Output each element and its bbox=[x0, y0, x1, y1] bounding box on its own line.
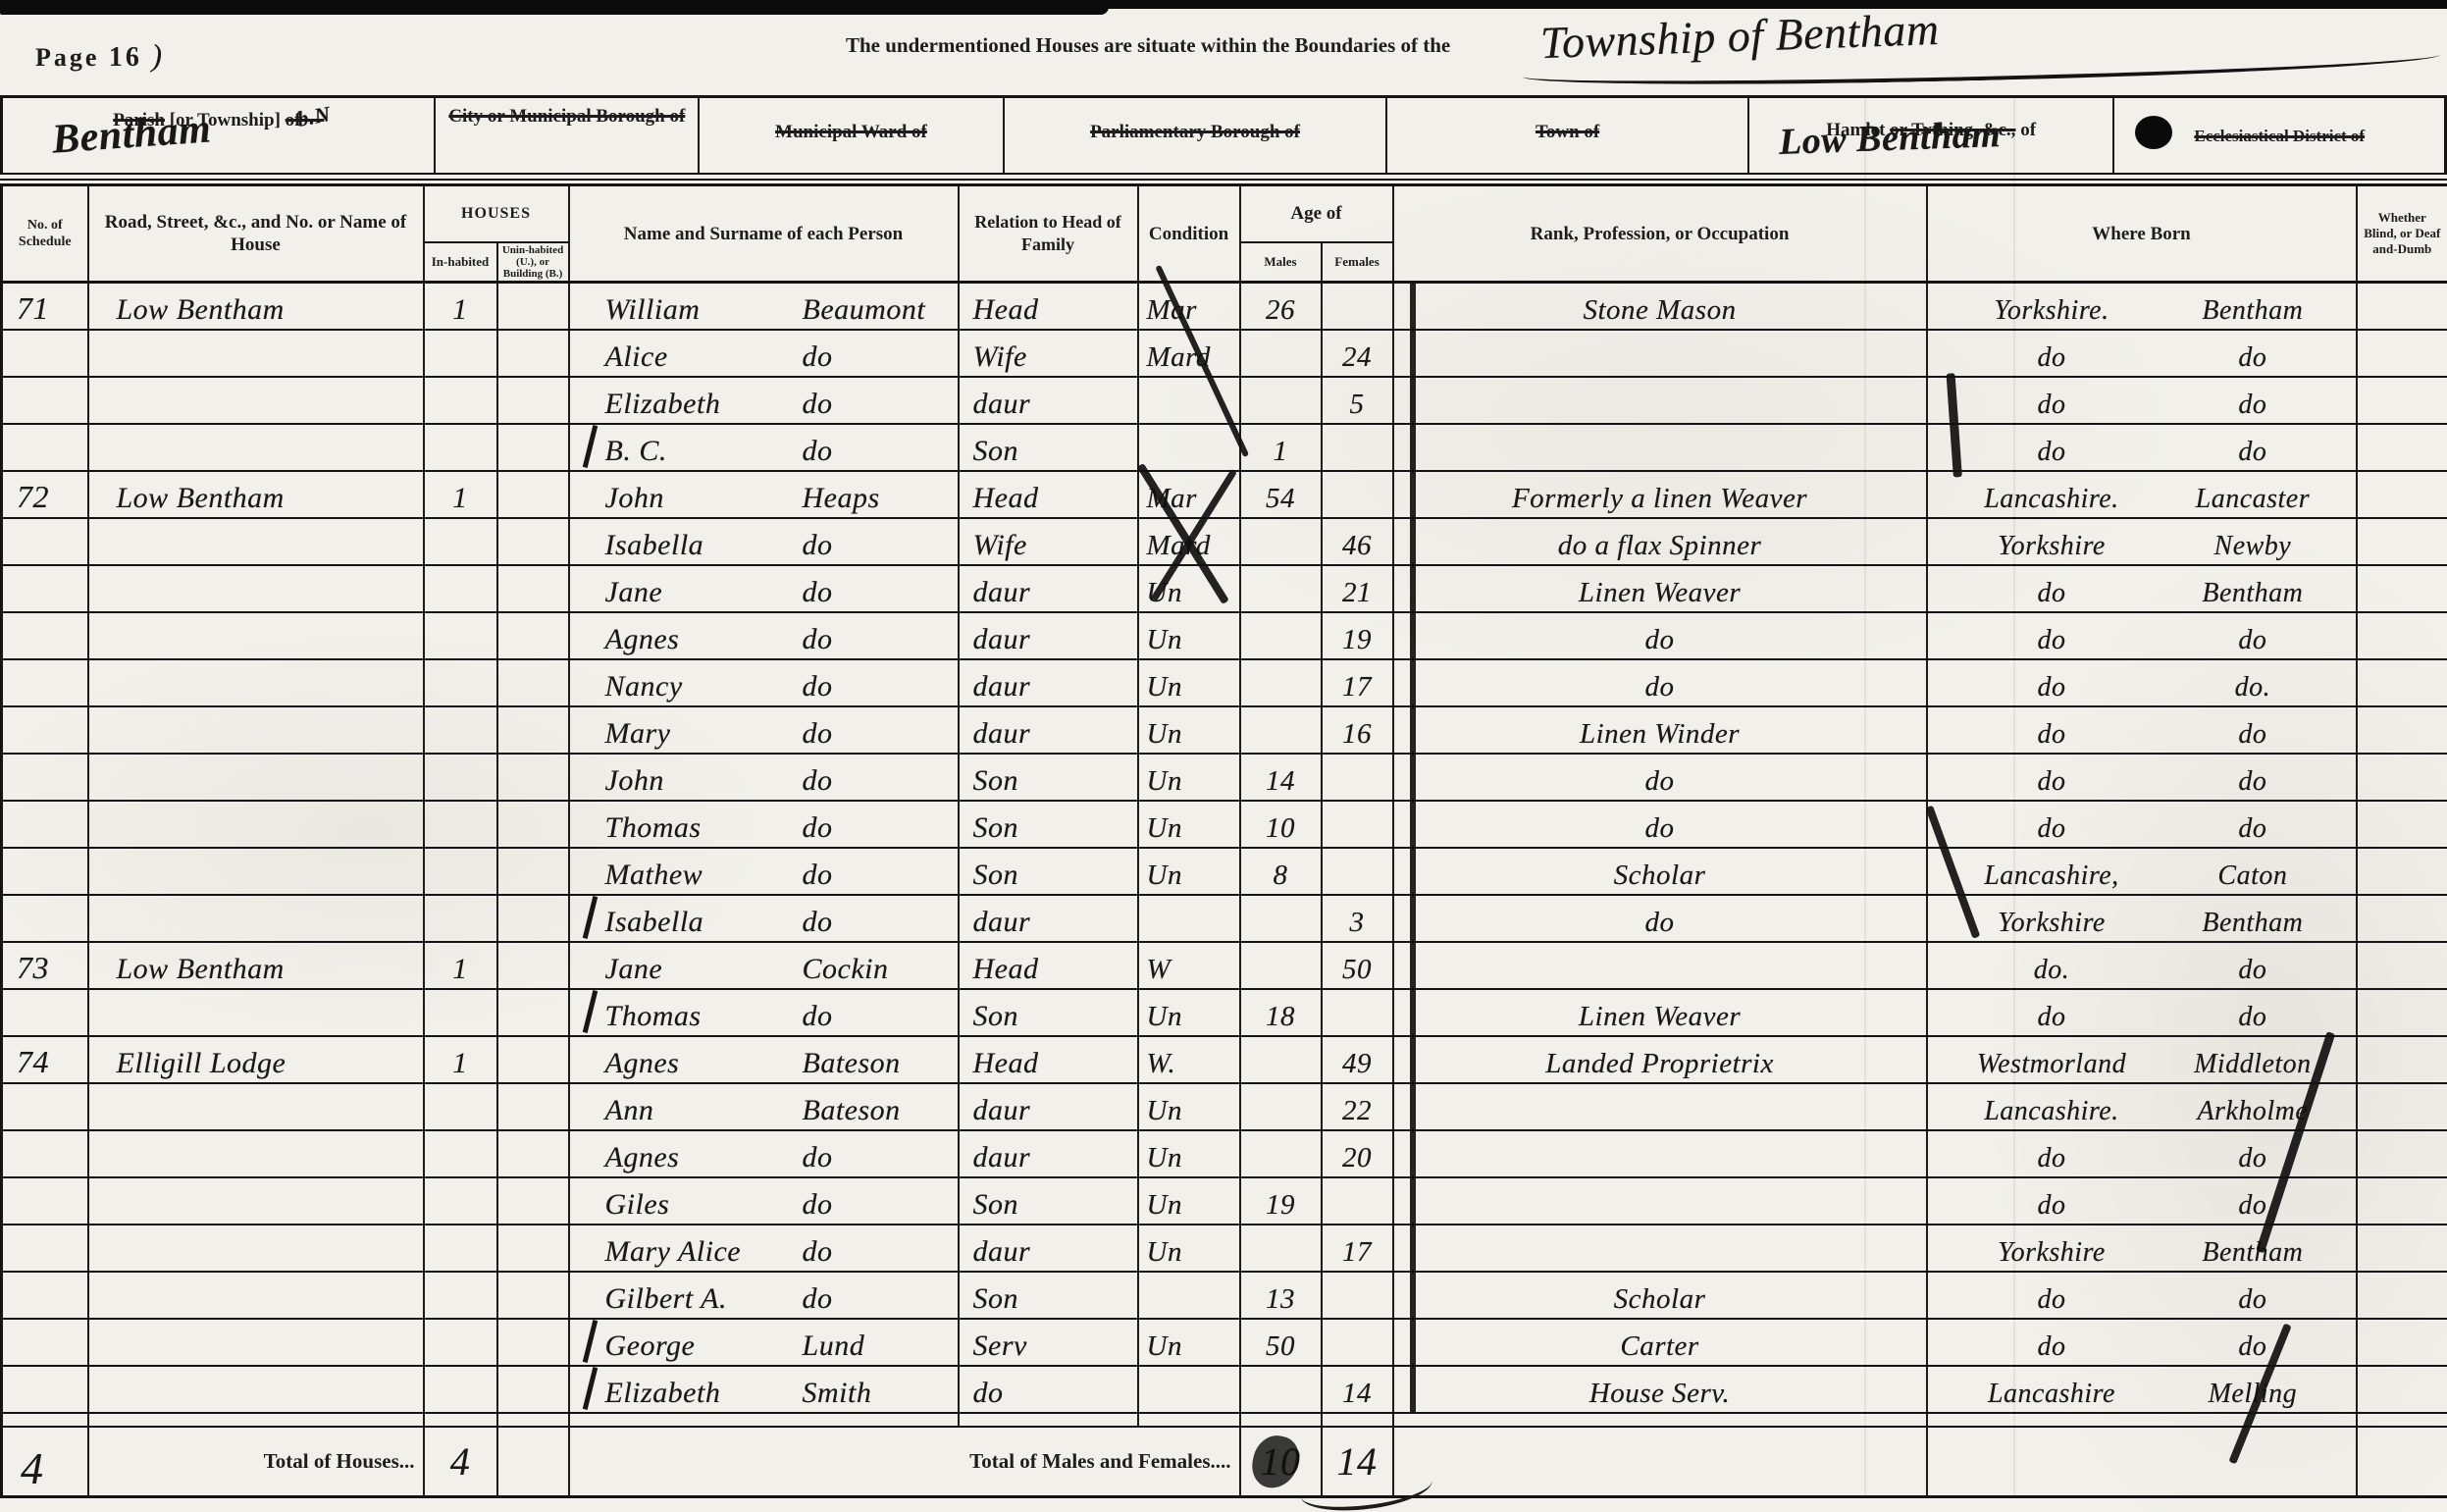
born-place: Bentham bbox=[2159, 908, 2347, 939]
cell-occupation: Carter bbox=[1393, 1319, 1927, 1366]
born-county: do bbox=[1953, 719, 2151, 751]
cell-age-male bbox=[1240, 377, 1322, 424]
empty-cell bbox=[497, 1427, 569, 1497]
page-number: Page 16 ) bbox=[35, 37, 163, 74]
cell-road bbox=[88, 1272, 424, 1319]
cell-age-female: 17 bbox=[1322, 1225, 1393, 1272]
cell-occupation: Linen Winder bbox=[1393, 706, 1927, 754]
cell-age-male bbox=[1240, 706, 1322, 754]
cell-road bbox=[88, 801, 424, 848]
cell-age-female: 24 bbox=[1322, 330, 1393, 377]
cell-road bbox=[88, 1130, 424, 1177]
cell-name: Elizabeth do bbox=[569, 377, 959, 424]
cell-inhabited bbox=[424, 706, 497, 754]
cell-age-female: 3 bbox=[1322, 895, 1393, 942]
name-surname-or-ditto: do bbox=[803, 435, 833, 468]
handwritten-margin-note: b.N bbox=[295, 103, 332, 130]
cell-inhabited bbox=[424, 424, 497, 471]
cell-age-male: 8 bbox=[1240, 848, 1322, 895]
district-cell-parliamentary: Parliamentary Borough of bbox=[1005, 98, 1388, 173]
total-houses-label: Total of Houses... bbox=[88, 1427, 424, 1497]
name-surname-or-ditto: do bbox=[803, 717, 833, 751]
cell-condition: Un bbox=[1138, 1083, 1240, 1130]
cell-relation: Son bbox=[959, 989, 1138, 1036]
name-given: Jane bbox=[605, 576, 663, 609]
born-county: do bbox=[1953, 437, 2151, 468]
cell-road bbox=[88, 565, 424, 612]
table-row: Thomas do Son Un 10 do do do bbox=[2, 801, 2447, 848]
cell-schedule: 72 bbox=[2, 471, 88, 518]
cell-age-male bbox=[1240, 1036, 1322, 1083]
cell-condition bbox=[1138, 1366, 1240, 1413]
born-place: Newby bbox=[2159, 531, 2347, 562]
name-surname-or-ditto: Lund bbox=[803, 1330, 865, 1363]
cell-inhabited bbox=[424, 801, 497, 848]
name-surname-or-ditto: do bbox=[803, 623, 833, 656]
born-place: do bbox=[2159, 1002, 2347, 1033]
cell-age-female bbox=[1322, 424, 1393, 471]
cell-where-born: do do bbox=[1927, 330, 2357, 377]
cell-blind-deaf bbox=[2357, 330, 2447, 377]
born-county: Lancashire. bbox=[1953, 1096, 2151, 1127]
spacer-cell bbox=[2357, 1413, 2447, 1427]
cell-age-male: 1 bbox=[1240, 424, 1322, 471]
name-surname-or-ditto: Heaps bbox=[803, 482, 880, 515]
printed-label-struck: City or Municipal Borough of bbox=[448, 106, 685, 127]
spacer-cell bbox=[1138, 1413, 1240, 1427]
born-place: Lancaster bbox=[2159, 484, 2347, 515]
printed-label-struck: Town of bbox=[1536, 122, 1599, 142]
cell-schedule bbox=[2, 612, 88, 659]
name-surname-or-ditto: Bateson bbox=[803, 1047, 901, 1080]
cell-relation: Head bbox=[959, 471, 1138, 518]
handwritten-parish-value: Bentham bbox=[51, 118, 211, 150]
cell-name: Mathew do bbox=[569, 848, 959, 895]
column-header-uninhabited: Unin-habited (U.), or Building (B.) bbox=[497, 242, 569, 283]
column-header-row: No. of Schedule Road, Street, &c., and N… bbox=[2, 185, 2447, 283]
name-surname-or-ditto: do bbox=[803, 576, 833, 609]
cell-name: Mary do bbox=[569, 706, 959, 754]
cell-uninhabited bbox=[497, 1319, 569, 1366]
cell-uninhabited bbox=[497, 471, 569, 518]
cell-relation: Son bbox=[959, 424, 1138, 471]
totals-section: 4 Total of Houses... 4 Total of Males an… bbox=[2, 1413, 2447, 1497]
cell-where-born: Lancashire. Arkholme bbox=[1927, 1083, 2357, 1130]
cell-where-born: do do bbox=[1927, 1177, 2357, 1225]
spacer-cell bbox=[424, 1413, 497, 1427]
born-county: do bbox=[1953, 1284, 2151, 1316]
cell-occupation bbox=[1393, 1130, 1927, 1177]
cell-road: Low Bentham bbox=[88, 471, 424, 518]
born-county: do bbox=[1953, 766, 2151, 798]
name-surname-or-ditto: do bbox=[803, 1282, 833, 1316]
cell-occupation: do bbox=[1393, 612, 1927, 659]
cell-schedule: 74 bbox=[2, 1036, 88, 1083]
cell-relation: daur bbox=[959, 612, 1138, 659]
cell-age-male bbox=[1240, 895, 1322, 942]
cell-inhabited bbox=[424, 1366, 497, 1413]
table-row: 74 Elligill Lodge 1 Agnes Bateson Head W… bbox=[2, 1036, 2447, 1083]
cell-schedule bbox=[2, 1319, 88, 1366]
cell-age-male: 13 bbox=[1240, 1272, 1322, 1319]
cell-blind-deaf bbox=[2357, 706, 2447, 754]
cell-where-born: do do bbox=[1927, 989, 2357, 1036]
name-given: Elizabeth bbox=[605, 1377, 721, 1410]
cell-blind-deaf bbox=[2357, 1177, 2447, 1225]
cell-occupation: Formerly a linen Weaver bbox=[1393, 471, 1927, 518]
cell-where-born: do do bbox=[1927, 754, 2357, 801]
cell-relation: daur bbox=[959, 1225, 1138, 1272]
cell-relation: Son bbox=[959, 848, 1138, 895]
cell-blind-deaf bbox=[2357, 942, 2447, 989]
born-county: Lancashire. bbox=[1953, 484, 2151, 515]
cell-blind-deaf bbox=[2357, 471, 2447, 518]
cell-occupation bbox=[1393, 1177, 1927, 1225]
cell-road: Low Bentham bbox=[88, 942, 424, 989]
cell-age-female: 22 bbox=[1322, 1083, 1393, 1130]
name-surname-or-ditto: do bbox=[803, 906, 833, 939]
cell-blind-deaf bbox=[2357, 565, 2447, 612]
table-row: Mary do daur Un 16 Linen Winder do do bbox=[2, 706, 2447, 754]
cell-blind-deaf bbox=[2357, 283, 2447, 330]
cell-name: Thomas do bbox=[569, 989, 959, 1036]
cell-relation: Head bbox=[959, 942, 1138, 989]
cell-relation: Head bbox=[959, 283, 1138, 330]
column-header-females: Females bbox=[1322, 242, 1393, 283]
cell-occupation: do bbox=[1393, 754, 1927, 801]
cell-where-born: Lancashire, Caton bbox=[1927, 848, 2357, 895]
cell-relation: daur bbox=[959, 1130, 1138, 1177]
cell-schedule bbox=[2, 1083, 88, 1130]
cell-occupation: Landed Proprietrix bbox=[1393, 1036, 1927, 1083]
empty-cell bbox=[2357, 1427, 2447, 1497]
born-place: do bbox=[2159, 437, 2347, 468]
name-given: Agnes bbox=[605, 1047, 680, 1080]
cell-blind-deaf bbox=[2357, 1366, 2447, 1413]
cell-inhabited bbox=[424, 659, 497, 706]
cell-age-female bbox=[1322, 754, 1393, 801]
cell-occupation: do bbox=[1393, 659, 1927, 706]
cell-road bbox=[88, 989, 424, 1036]
cell-occupation: Linen Weaver bbox=[1393, 989, 1927, 1036]
cell-condition: Un bbox=[1138, 848, 1240, 895]
column-header-houses: HOUSES bbox=[424, 185, 569, 242]
cell-road bbox=[88, 377, 424, 424]
cell-relation: Wife bbox=[959, 518, 1138, 565]
name-surname-or-ditto: do bbox=[803, 811, 833, 845]
column-header-blind: Whether Blind, or Deaf and-Dumb bbox=[2357, 185, 2447, 283]
cell-schedule bbox=[2, 1366, 88, 1413]
table-row: Isabella do daur 3 do Yorkshire Bentham bbox=[2, 895, 2447, 942]
cell-age-female: 46 bbox=[1322, 518, 1393, 565]
handwritten-bracket: ) bbox=[151, 37, 162, 73]
cell-uninhabited bbox=[497, 706, 569, 754]
district-cell-ward: Municipal Ward of bbox=[700, 98, 1005, 173]
born-place: Caton bbox=[2159, 860, 2347, 892]
cell-inhabited: 1 bbox=[424, 942, 497, 989]
cell-age-female bbox=[1322, 848, 1393, 895]
name-surname-or-ditto: do bbox=[803, 1141, 833, 1174]
cell-uninhabited bbox=[497, 1036, 569, 1083]
cell-name: John Heaps bbox=[569, 471, 959, 518]
district-cell-hamlet: Hamlet or Tything, &c., of Low Bentham bbox=[1749, 98, 2115, 173]
cell-occupation: Scholar bbox=[1393, 1272, 1927, 1319]
cell-uninhabited bbox=[497, 518, 569, 565]
cell-road bbox=[88, 1366, 424, 1413]
born-place: do bbox=[2159, 955, 2347, 986]
table-row: Nancy do daur Un 17 do do do. bbox=[2, 659, 2447, 706]
cell-inhabited: 1 bbox=[424, 1036, 497, 1083]
cell-inhabited bbox=[424, 989, 497, 1036]
cell-where-born: do do. bbox=[1927, 659, 2357, 706]
district-cell-town: Town of bbox=[1387, 98, 1749, 173]
cell-age-female bbox=[1322, 283, 1393, 330]
cell-age-female bbox=[1322, 1272, 1393, 1319]
table-row: Mathew do Son Un 8 Scholar Lancashire, C… bbox=[2, 848, 2447, 895]
cell-occupation: do a flax Spinner bbox=[1393, 518, 1927, 565]
cell-inhabited bbox=[424, 1130, 497, 1177]
cell-schedule bbox=[2, 659, 88, 706]
cell-road bbox=[88, 848, 424, 895]
cell-name: Nancy do bbox=[569, 659, 959, 706]
table-row: Elizabeth Smith do 14 House Serv. Lancas… bbox=[2, 1366, 2447, 1413]
cell-uninhabited bbox=[497, 848, 569, 895]
cell-name: Mary Alice do bbox=[569, 1225, 959, 1272]
cell-road bbox=[88, 895, 424, 942]
cell-where-born: do do bbox=[1927, 801, 2357, 848]
cell-age-male: 19 bbox=[1240, 1177, 1322, 1225]
cell-uninhabited bbox=[497, 1177, 569, 1225]
name-given: Thomas bbox=[605, 811, 702, 845]
born-place: do bbox=[2159, 1190, 2347, 1222]
cell-age-female: 17 bbox=[1322, 659, 1393, 706]
name-given: B. C. bbox=[605, 435, 667, 468]
name-surname-or-ditto: do bbox=[803, 764, 833, 798]
cell-occupation bbox=[1393, 330, 1927, 377]
name-surname-or-ditto: do bbox=[803, 388, 833, 421]
cell-age-female bbox=[1322, 1177, 1393, 1225]
born-place: Bentham bbox=[2159, 1237, 2347, 1269]
name-given: Ann bbox=[605, 1094, 654, 1127]
empty-cell bbox=[1927, 1427, 2357, 1497]
name-given: John bbox=[605, 764, 664, 798]
cell-relation: daur bbox=[959, 659, 1138, 706]
column-header-condition: Condition bbox=[1138, 185, 1240, 283]
cell-road bbox=[88, 706, 424, 754]
cell-occupation bbox=[1393, 942, 1927, 989]
table-row: Alice do Wife Mard 24 do do bbox=[2, 330, 2447, 377]
total-males-females-label: Total of Males and Females.... bbox=[569, 1427, 1240, 1497]
cell-condition: Un bbox=[1138, 1319, 1240, 1366]
cell-inhabited bbox=[424, 1177, 497, 1225]
cell-where-born: Yorkshire Newby bbox=[1927, 518, 2357, 565]
cell-occupation bbox=[1393, 377, 1927, 424]
cell-age-male bbox=[1240, 659, 1322, 706]
name-given: John bbox=[605, 482, 664, 515]
cell-road: Low Bentham bbox=[88, 283, 424, 330]
scan-artifact-top-left bbox=[0, 0, 1109, 15]
cell-where-born: Yorkshire. Bentham bbox=[1927, 283, 2357, 330]
cell-uninhabited bbox=[497, 1130, 569, 1177]
cell-blind-deaf bbox=[2357, 1130, 2447, 1177]
cell-age-male bbox=[1240, 330, 1322, 377]
cell-where-born: do do bbox=[1927, 612, 2357, 659]
cell-inhabited bbox=[424, 612, 497, 659]
cell-uninhabited bbox=[497, 330, 569, 377]
cell-age-male: 14 bbox=[1240, 754, 1322, 801]
name-surname-or-ditto: Bateson bbox=[803, 1094, 901, 1127]
cell-age-male: 50 bbox=[1240, 1319, 1322, 1366]
cell-age-male: 26 bbox=[1240, 283, 1322, 330]
cell-where-born: Lancashire. Lancaster bbox=[1927, 471, 2357, 518]
name-given: Mary bbox=[605, 717, 671, 751]
table-row: 71 Low Bentham 1 William Beaumont Head M… bbox=[2, 283, 2447, 330]
name-given: Agnes bbox=[605, 1141, 680, 1174]
cell-condition: W. bbox=[1138, 1036, 1240, 1083]
born-county: do bbox=[1953, 342, 2151, 374]
born-county: Yorkshire bbox=[1953, 1237, 2151, 1269]
cell-relation: Son bbox=[959, 1272, 1138, 1319]
cell-road bbox=[88, 754, 424, 801]
cell-condition: Un bbox=[1138, 1225, 1240, 1272]
cell-condition: Un bbox=[1138, 612, 1240, 659]
empty-cell bbox=[1393, 1427, 1927, 1497]
born-place: do bbox=[2159, 813, 2347, 845]
born-county: do bbox=[1953, 390, 2151, 421]
spacer-cell bbox=[88, 1413, 424, 1427]
column-header-males: Males bbox=[1240, 242, 1322, 283]
census-page: Page 16 ) The undermentioned Houses are … bbox=[0, 0, 2447, 1512]
cell-occupation: Scholar bbox=[1393, 848, 1927, 895]
cell-occupation: House Serv. bbox=[1393, 1366, 1927, 1413]
cell-condition: Un bbox=[1138, 1177, 1240, 1225]
born-county: Lancashire, bbox=[1953, 860, 2151, 892]
cell-relation: Serv bbox=[959, 1319, 1138, 1366]
born-county: do bbox=[1953, 1190, 2151, 1222]
cell-condition bbox=[1138, 424, 1240, 471]
cell-name: George Lund bbox=[569, 1319, 959, 1366]
cell-where-born: do do bbox=[1927, 706, 2357, 754]
cell-schedule bbox=[2, 706, 88, 754]
born-place: do. bbox=[2159, 672, 2347, 704]
born-county: Yorkshire bbox=[1953, 908, 2151, 939]
table-row: Mary Alice do daur Un 17 Yorkshire Benth… bbox=[2, 1225, 2447, 1272]
cell-inhabited bbox=[424, 377, 497, 424]
page-label-text: Page bbox=[35, 43, 99, 72]
spacer-cell bbox=[1927, 1413, 2357, 1427]
printed-label-struck: Ecclesiastical District of bbox=[2194, 127, 2365, 145]
cell-relation: daur bbox=[959, 895, 1138, 942]
printed-label: of bbox=[2020, 120, 2036, 140]
cell-occupation bbox=[1393, 1225, 1927, 1272]
born-county: Lancashire bbox=[1953, 1379, 2151, 1410]
cell-name: Gilbert A. do bbox=[569, 1272, 959, 1319]
column-header-schedule: No. of Schedule bbox=[2, 185, 88, 283]
born-county: do. bbox=[1953, 955, 2151, 986]
table-row: Isabella do Wife Mard 46 do a flax Spinn… bbox=[2, 518, 2447, 565]
margin-tally-mark: 4 bbox=[2, 1427, 88, 1497]
name-given: Thomas bbox=[605, 1000, 702, 1033]
cell-age-male: 18 bbox=[1240, 989, 1322, 1036]
cell-occupation: Stone Mason bbox=[1393, 283, 1927, 330]
cell-condition: Un bbox=[1138, 706, 1240, 754]
born-county: Yorkshire bbox=[1953, 531, 2151, 562]
cell-inhabited bbox=[424, 754, 497, 801]
cell-name: Alice do bbox=[569, 330, 959, 377]
cell-blind-deaf bbox=[2357, 1225, 2447, 1272]
totals-row: 4 Total of Houses... 4 Total of Males an… bbox=[2, 1427, 2447, 1497]
cell-schedule bbox=[2, 1177, 88, 1225]
born-place: do bbox=[2159, 625, 2347, 656]
born-place: Bentham bbox=[2159, 578, 2347, 609]
cell-uninhabited bbox=[497, 612, 569, 659]
name-given: Giles bbox=[605, 1188, 670, 1222]
cell-road bbox=[88, 612, 424, 659]
cell-schedule bbox=[2, 801, 88, 848]
born-county: do bbox=[1953, 625, 2151, 656]
born-county: do bbox=[1953, 578, 2151, 609]
cell-road bbox=[88, 518, 424, 565]
cell-age-female: 20 bbox=[1322, 1130, 1393, 1177]
cell-uninhabited bbox=[497, 1225, 569, 1272]
cell-where-born: do Bentham bbox=[1927, 565, 2357, 612]
cell-inhabited bbox=[424, 895, 497, 942]
cell-occupation bbox=[1393, 1083, 1927, 1130]
born-place: do bbox=[2159, 719, 2347, 751]
cell-uninhabited bbox=[497, 754, 569, 801]
spacer-row bbox=[2, 1413, 2447, 1427]
cell-age-male bbox=[1240, 518, 1322, 565]
cell-blind-deaf bbox=[2357, 895, 2447, 942]
table-row: Thomas do Son Un 18 Linen Weaver do do bbox=[2, 989, 2447, 1036]
cell-inhabited bbox=[424, 330, 497, 377]
table-row: John do Son Un 14 do do do bbox=[2, 754, 2447, 801]
name-given: Agnes bbox=[605, 623, 680, 656]
born-place: do bbox=[2159, 1284, 2347, 1316]
horizontal-rule-double bbox=[0, 179, 2447, 181]
cell-condition bbox=[1138, 1272, 1240, 1319]
cell-road bbox=[88, 424, 424, 471]
total-houses-value: 4 bbox=[424, 1427, 497, 1497]
spacer-cell bbox=[1322, 1413, 1393, 1427]
table-row: Agnes do daur Un 20 do do bbox=[2, 1130, 2447, 1177]
born-county: Westmorland bbox=[1953, 1049, 2151, 1080]
cell-condition: W bbox=[1138, 942, 1240, 989]
cell-uninhabited bbox=[497, 1366, 569, 1413]
cell-age-male: 54 bbox=[1240, 471, 1322, 518]
born-place: do bbox=[2159, 766, 2347, 798]
table-row: Ann Bateson daur Un 22 Lancashire. Arkho… bbox=[2, 1083, 2447, 1130]
cell-uninhabited bbox=[497, 1083, 569, 1130]
cell-blind-deaf bbox=[2357, 659, 2447, 706]
cell-blind-deaf bbox=[2357, 377, 2447, 424]
district-header-row: Parish [or Township] of — Bentham b.N Ci… bbox=[0, 98, 2447, 175]
cell-where-born: Yorkshire Bentham bbox=[1927, 895, 2357, 942]
table-row: Agnes do daur Un 19 do do do bbox=[2, 612, 2447, 659]
name-surname-or-ditto: do bbox=[803, 670, 833, 704]
cell-relation: Wife bbox=[959, 330, 1138, 377]
cell-uninhabited bbox=[497, 424, 569, 471]
column-header-road: Road, Street, &c., and No. or Name of Ho… bbox=[88, 185, 424, 283]
table-row: B. C. do Son 1 do do bbox=[2, 424, 2447, 471]
cell-blind-deaf bbox=[2357, 612, 2447, 659]
born-place: Arkholme bbox=[2159, 1096, 2347, 1127]
cell-occupation: do bbox=[1393, 895, 1927, 942]
name-surname-or-ditto: do bbox=[803, 529, 833, 562]
cell-inhabited: 1 bbox=[424, 283, 497, 330]
cell-where-born: do do bbox=[1927, 1272, 2357, 1319]
cell-condition: Un bbox=[1138, 659, 1240, 706]
